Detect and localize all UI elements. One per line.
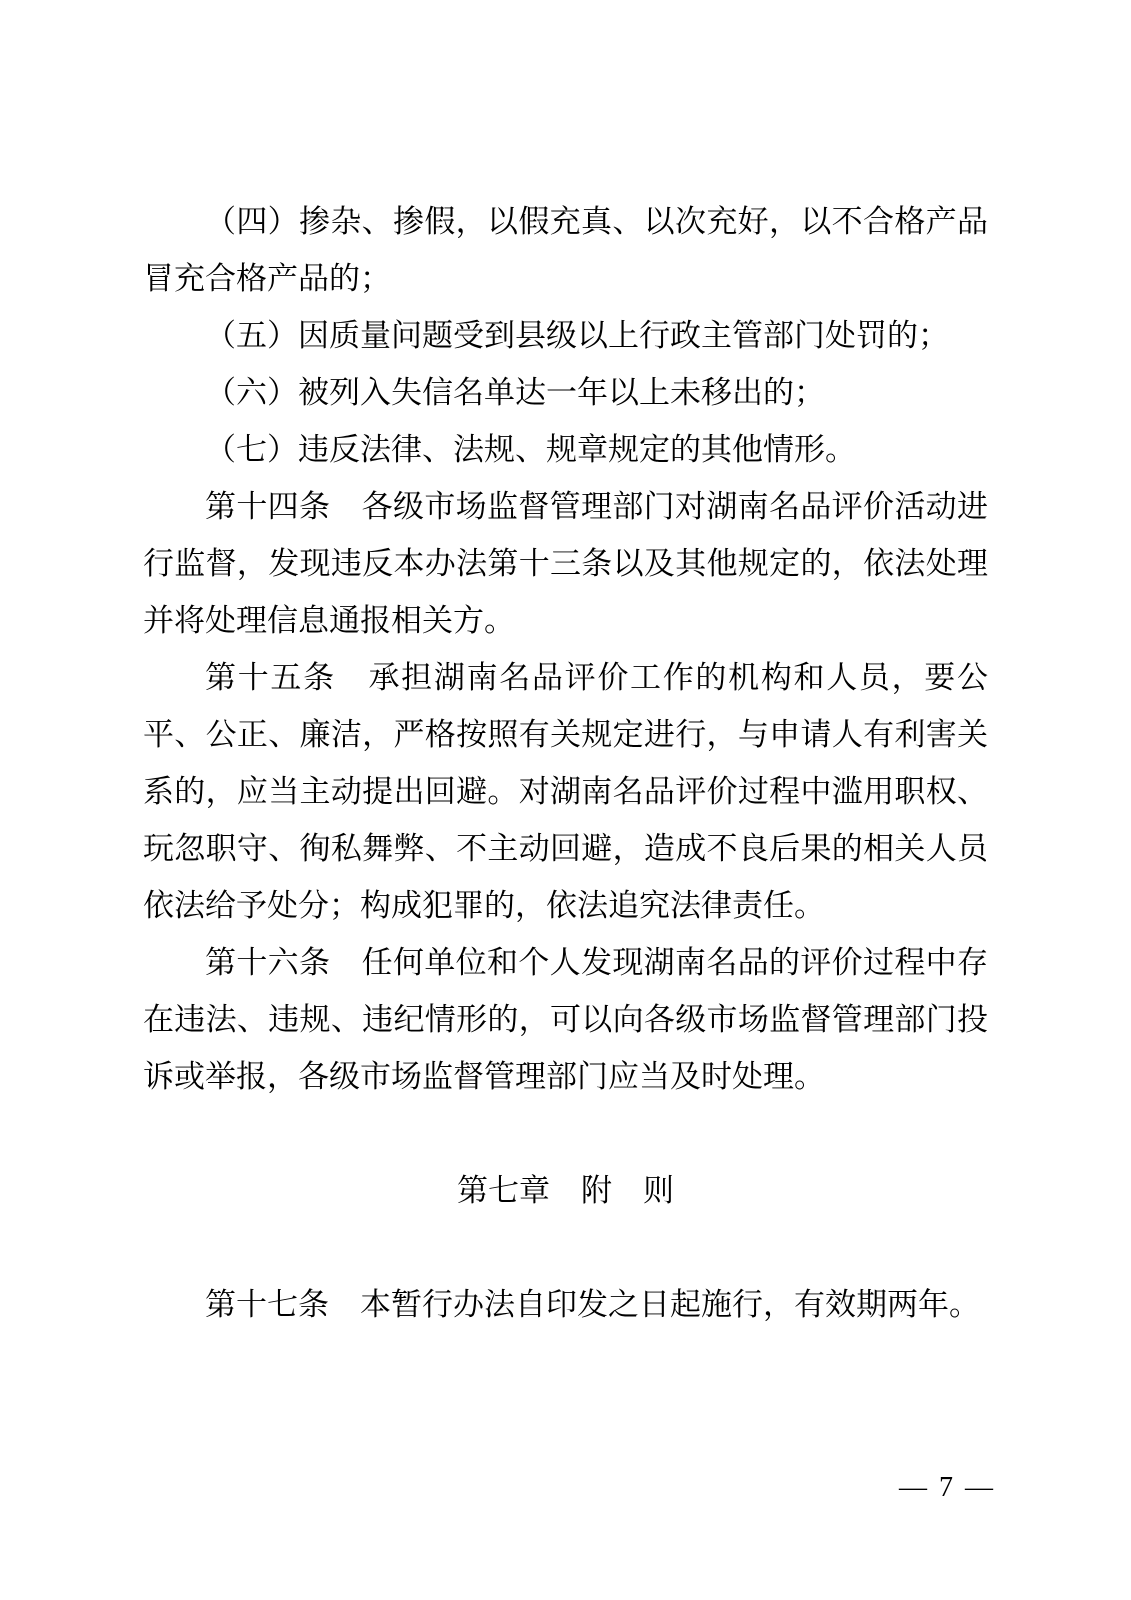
clause-item-5: （五）因质量问题受到县级以上行政主管部门处罚的； bbox=[143, 307, 988, 364]
article-17-paragraph: 第十七条 本暂行办法自印发之日起施行，有效期两年。 bbox=[143, 1276, 988, 1333]
page-number: 7 bbox=[939, 1472, 953, 1504]
footer-dash-left: — bbox=[899, 1472, 927, 1504]
footer-dash-right: — bbox=[965, 1472, 993, 1504]
document-page: （四）掺杂、掺假，以假充真、以次充好，以不合格产品冒充合格产品的； （五）因质量… bbox=[0, 0, 1131, 1600]
chapter-heading: 第七章 附 则 bbox=[143, 1162, 988, 1219]
page-footer: — 7 — bbox=[899, 1472, 993, 1504]
article-15-paragraph: 第十五条 承担湖南名品评价工作的机构和人员，要公平、公正、廉洁，严格按照有关规定… bbox=[143, 649, 988, 934]
article-14-paragraph: 第十四条 各级市场监督管理部门对湖南名品评价活动进行监督，发现违反本办法第十三条… bbox=[143, 478, 988, 649]
clause-item-7: （七）违反法律、法规、规章规定的其他情形。 bbox=[143, 421, 988, 478]
article-16-paragraph: 第十六条 任何单位和个人发现湖南名品的评价过程中存在违法、违规、违纪情形的，可以… bbox=[143, 934, 988, 1105]
clause-item-4: （四）掺杂、掺假，以假充真、以次充好，以不合格产品冒充合格产品的； bbox=[143, 193, 988, 307]
clause-item-6: （六）被列入失信名单达一年以上未移出的； bbox=[143, 364, 988, 421]
document-body: （四）掺杂、掺假，以假充真、以次充好，以不合格产品冒充合格产品的； （五）因质量… bbox=[143, 193, 988, 1333]
